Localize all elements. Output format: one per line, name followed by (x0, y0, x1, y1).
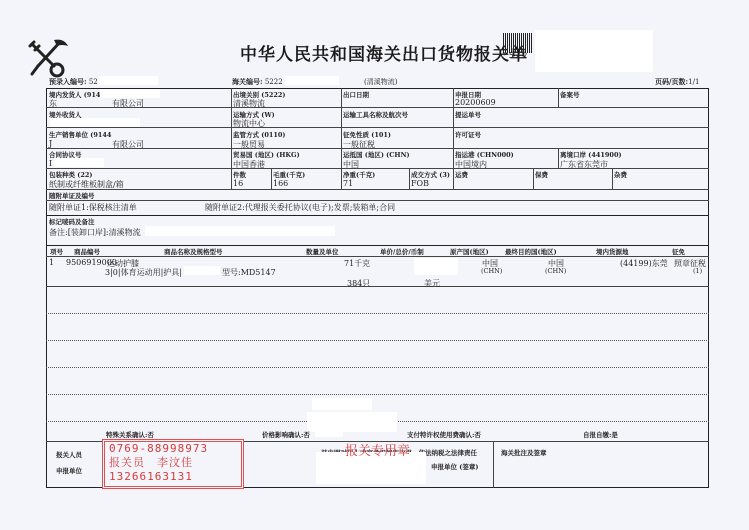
redaction (285, 76, 339, 85)
form-title: 中华人民共和国海关出口货物报关单 (240, 40, 528, 65)
col-price: 单价/总价/币制 (380, 247, 424, 256)
producer-label: 生产销售单位 (9144 (49, 130, 111, 139)
item-origin-code: (CHN) (481, 267, 502, 275)
col-origin: 原产国(地区) (450, 247, 489, 256)
col-destination: 最终目的国(地区) (505, 247, 557, 256)
package-type-value: 纸制或纤维板制盒/箱 (49, 179, 124, 190)
item-source: (44199)东莞 (620, 258, 668, 269)
item-quantity-weight: 71千克 (344, 258, 370, 269)
self-report-confirm: 自报自缴:是 (583, 430, 618, 439)
port-label: 指运港 (CHN000) (455, 150, 514, 159)
barcode-number: *522 (502, 51, 529, 60)
pieces-value: 16 (233, 179, 243, 188)
col-levy: 征免 (672, 247, 685, 256)
col-goods-name: 商品名称及规格型号 (164, 247, 223, 256)
item-currency: 美元 (424, 278, 440, 289)
redaction (414, 258, 458, 275)
exit-port-value: 广东省东莞市 (560, 159, 608, 170)
col-hs-code: 商品编号 (74, 247, 100, 256)
shipper-label: 境内发货人 (9144 (49, 90, 105, 99)
stamp-mobile: 13266163131 (105, 470, 241, 484)
pieces-label: 件数 (233, 170, 246, 179)
declarant-stamp: 0769-88998973 报关员 李汶佳 13266163131 (104, 441, 242, 487)
redaction (50, 118, 140, 127)
price-impact-confirm: 价格影响确认:否 (262, 430, 310, 439)
redaction (184, 266, 220, 275)
customs-approval-label: 海关批注及签章 (501, 448, 547, 457)
col-quantity: 数量及单位 (306, 247, 339, 256)
redaction (100, 89, 160, 98)
royalty-confirm: 支付特许权使用费确认:否 (407, 430, 481, 439)
supervision-label: 监管方式 (0110) (233, 130, 286, 139)
redaction (145, 226, 335, 236)
freight-label: 运费 (455, 170, 468, 179)
customs-emblem-icon (24, 36, 70, 82)
stamp-phone: 0769-88998973 (105, 442, 241, 456)
documents-label: 随附单证及编号 (49, 191, 95, 200)
preentry-number: 预录入编号: 522 (49, 77, 102, 87)
vehicle-label: 运输工具名称及航次号 (343, 110, 408, 119)
supervision-value: 一般贸易 (233, 139, 265, 150)
record-number-label: 备案号 (560, 90, 580, 99)
col-source: 境内货源地 (596, 247, 629, 256)
destination-country-label: 运抵国 (地区) (CHN) (343, 150, 410, 159)
seal-stamp-text: 报关专用章 (345, 440, 410, 459)
export-date-label: 出口日期 (343, 90, 369, 99)
producer-value: J (49, 139, 52, 148)
license-label: 许可证号 (455, 130, 481, 139)
producer-value-suffix: 有限公司 (112, 139, 144, 150)
redaction (54, 158, 104, 167)
net-weight-value: 71 (343, 179, 353, 188)
office-note: (清溪物流) (364, 77, 397, 87)
item-destination-code: (CHN) (545, 267, 566, 275)
gross-weight-label: 毛重(千克) (273, 170, 305, 179)
item-spec: 3|0|体育运动用|护具| (105, 267, 182, 278)
insurance-label: 保费 (535, 170, 548, 179)
shipper-value-suffix: 有限公司 (112, 98, 144, 109)
declaring-unit-label: 申报单位 (56, 466, 82, 475)
marks-label: 标记唛码及备注 (49, 217, 95, 226)
redaction (535, 30, 653, 72)
levy-nature-value: 一般征税 (343, 139, 375, 150)
declarant-label: 报关人员 (56, 450, 82, 459)
gross-weight-value: 166 (273, 179, 288, 188)
destination-country-value: 中国 (343, 159, 359, 170)
customs-number: 海关编号: 5222 (232, 77, 283, 87)
item-model: 型号:MD5147 (222, 267, 276, 278)
declare-date-value: 20200609 (455, 98, 496, 107)
item-quantity-count: 384只 (347, 278, 370, 289)
contract-value: I (49, 159, 52, 168)
item-levy-code: (1) (693, 267, 702, 275)
document-1: 随附单证1:保税核注清单 (49, 202, 137, 213)
misc-fee-label: 杂费 (614, 170, 627, 179)
net-weight-label: 净重(千克) (343, 170, 375, 179)
stamp-declarant: 报关员 李汶佳 (105, 456, 241, 470)
trade-country-value: 中国香港 (233, 159, 265, 170)
bill-of-lading-label: 提运单号 (455, 110, 481, 119)
item-no: 1 (49, 258, 54, 267)
barcode (503, 33, 533, 53)
deal-mode-label: 成交方式 (3) (411, 170, 450, 179)
marks-value: 备注:[装卸口岸]:清溪物流 (49, 227, 141, 238)
document-2: 随附单证2:代理报关委托协议(电子);发票;装箱单;合同 (205, 202, 395, 213)
col-item-no: 项号 (50, 247, 63, 256)
redaction (315, 425, 343, 437)
transport-mode-value: 物流中心 (233, 118, 265, 129)
exit-customs-value: 清溪物流 (233, 98, 265, 109)
shipper-value: 东 (49, 98, 57, 109)
declaring-unit-sign-label: 申报单位 (签章) (431, 462, 478, 471)
special-relation-confirm: 特殊关系确认:否 (106, 430, 154, 439)
package-type-label: 包装种类 (22) (49, 170, 92, 179)
trade-country-label: 贸易国 (地区) (HKG) (233, 150, 300, 159)
deal-mode-value: FOB (411, 179, 429, 188)
levy-nature-label: 征免性质 (101) (343, 130, 391, 139)
exit-port-label: 离境口岸 (441900) (560, 150, 622, 159)
redaction (312, 398, 372, 410)
page-indicator: 页码/页数:1/1 (655, 77, 699, 87)
redaction (98, 76, 158, 85)
port-value: 中国境内 (455, 159, 487, 170)
